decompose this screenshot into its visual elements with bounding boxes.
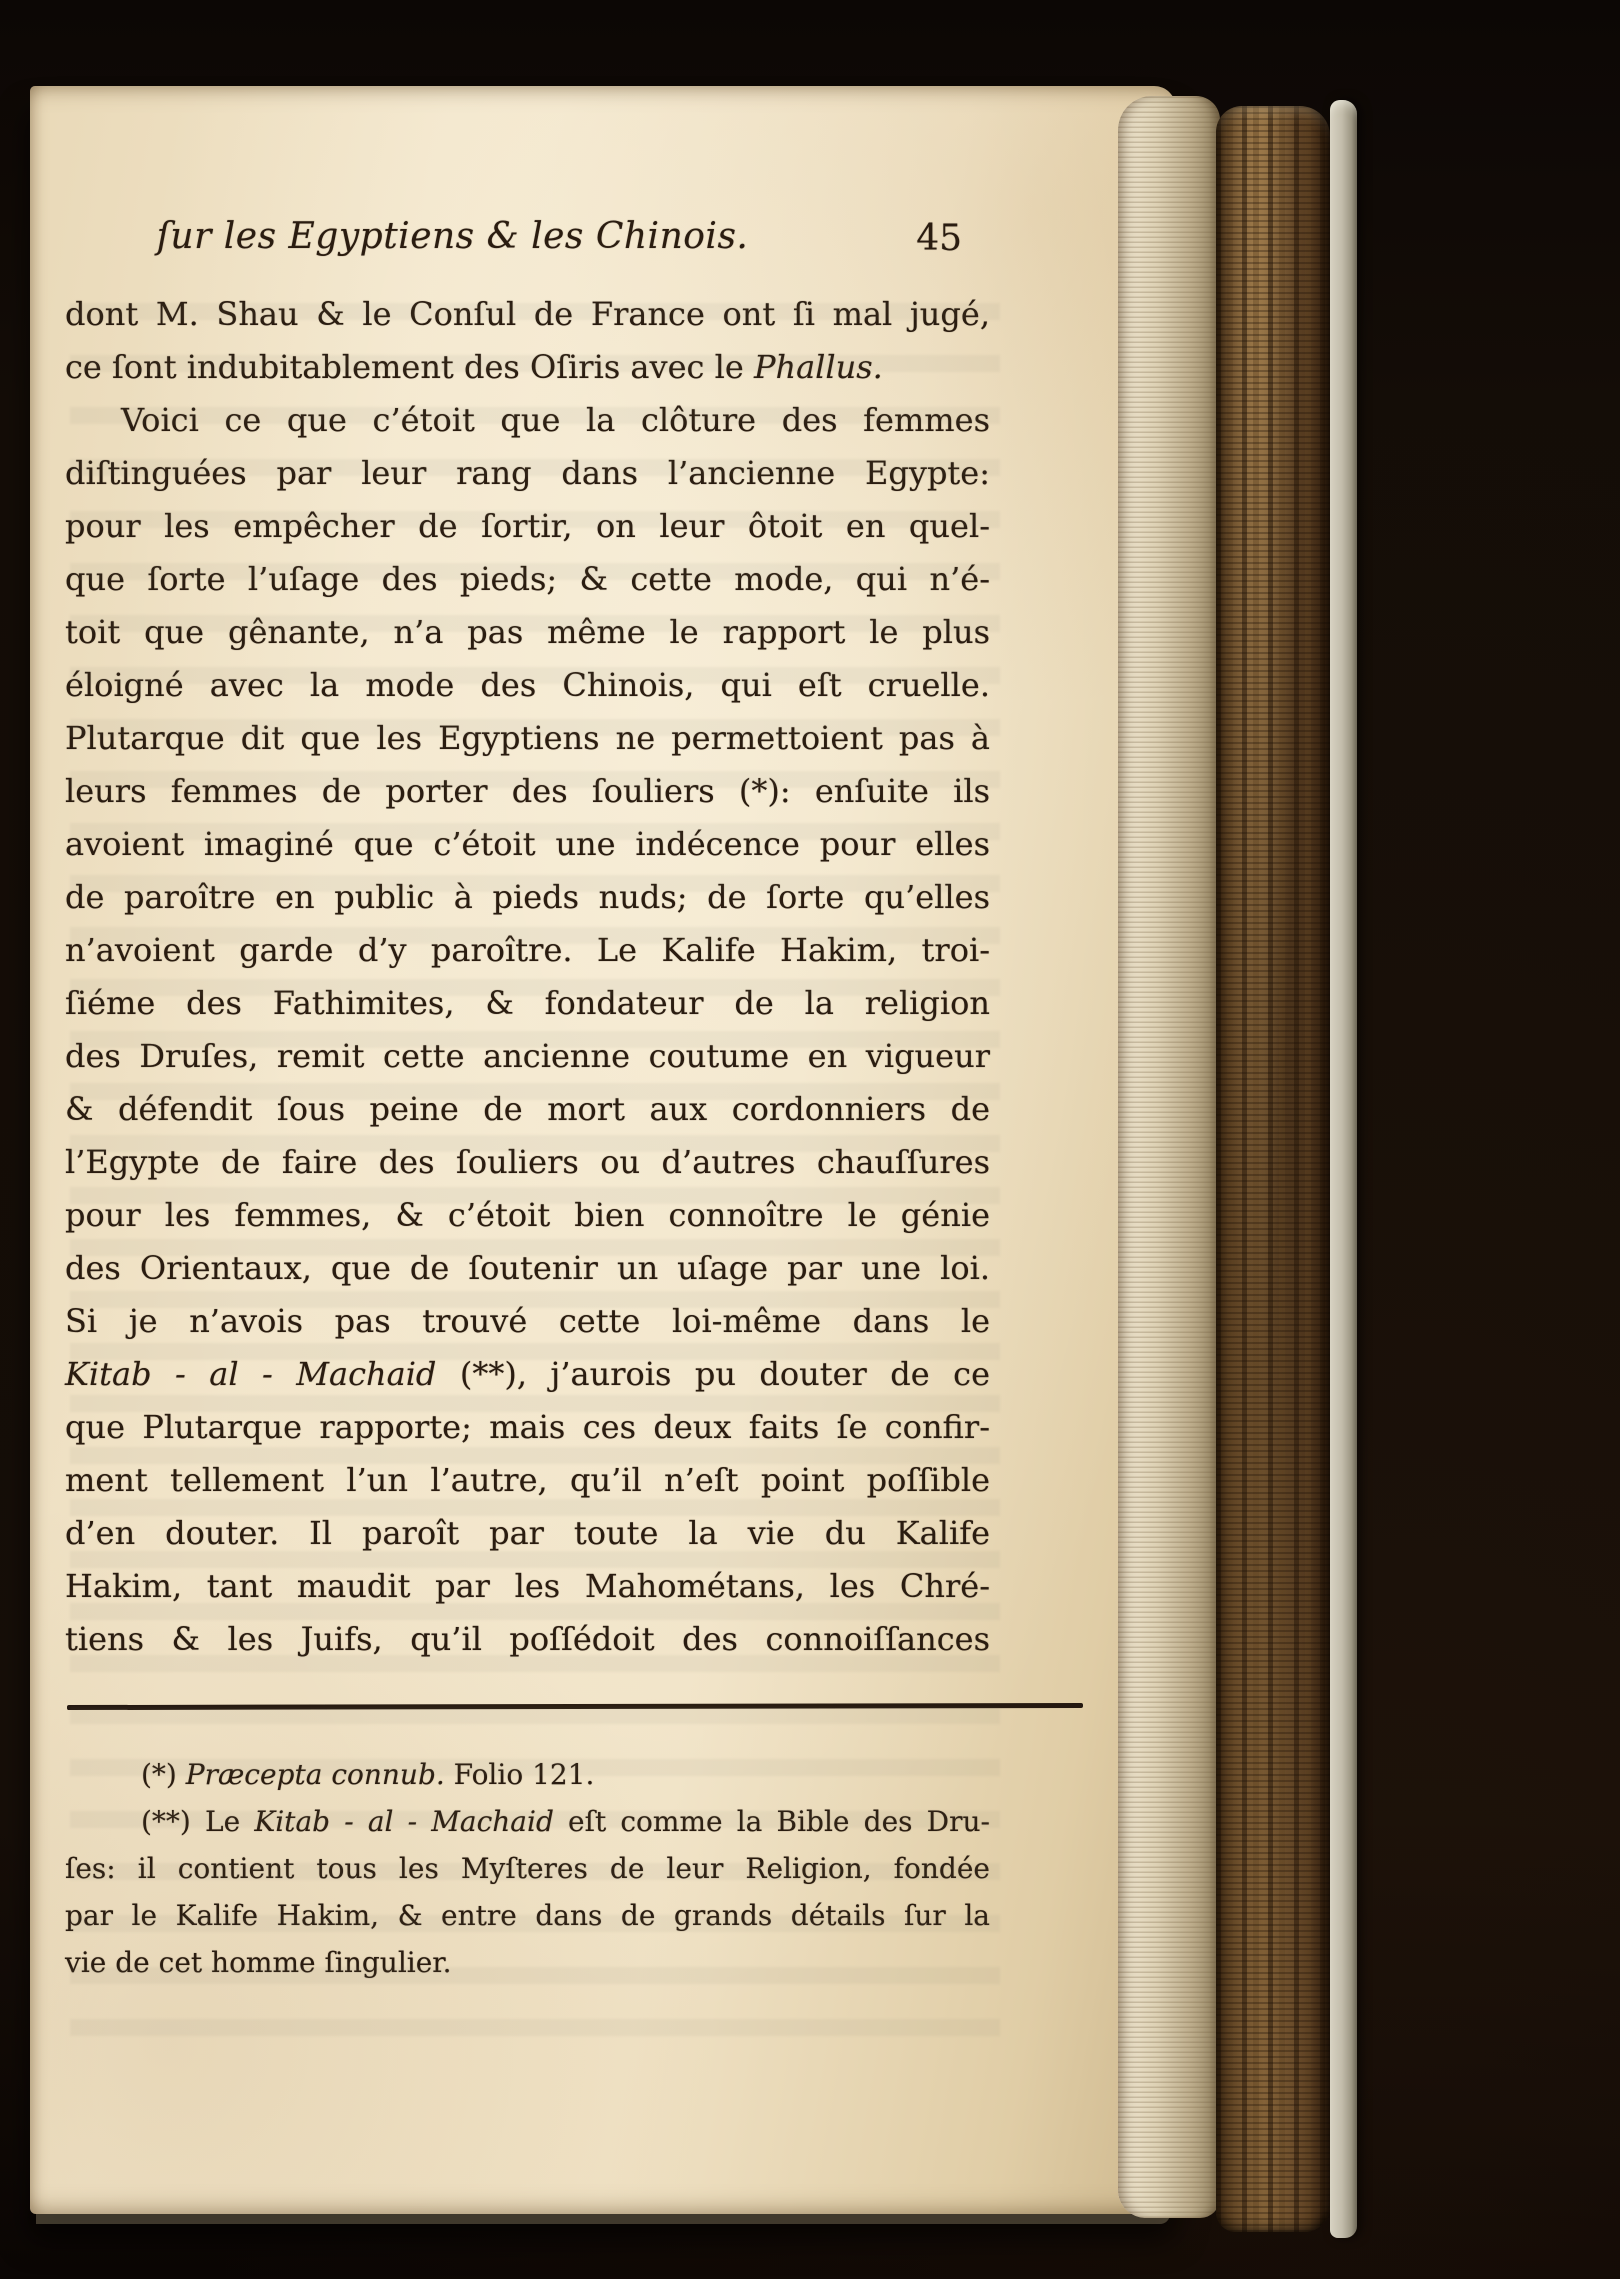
text-line: Si je n’avois pas trouvé cette loi-même … (65, 1295, 990, 1348)
stacked-page-edges (1118, 96, 1220, 2218)
page-header: ſur les Egyptiens & les Chinois. 45 (65, 214, 990, 260)
text-line: n’avoient garde d’y paroître. Le Kalife … (65, 924, 990, 977)
marbled-fore-edge (1216, 106, 1330, 2232)
footnote-line: (*) Præcepta connub. Folio 121. (65, 1751, 990, 1798)
text-line: que Plutarque rapporte; mais ces deux fa… (65, 1401, 990, 1454)
text-line: ce ſont indubitablement des Oſiris avec … (65, 341, 990, 394)
text-line: toit que gênante, n’a pas même le rappor… (65, 606, 990, 659)
text-line: ment tellement l’un l’autre, qu’il n’eſt… (65, 1454, 990, 1507)
text-line: que ſorte l’uſage des pieds; & cette mod… (65, 553, 990, 606)
photo-background: ſur les Egyptiens & les Chinois. 45 dont… (0, 0, 1620, 2279)
body-text: dont M. Shau & le Conſul de France ont ſ… (65, 288, 990, 1666)
running-title: ſur les Egyptiens & les Chinois. (65, 214, 990, 260)
footnotes: (*) Præcepta connub. Folio 121.(**) Le K… (65, 1751, 990, 1986)
text-line: dont M. Shau & le Conſul de France ont ſ… (65, 288, 990, 341)
text-line: Voici ce que c’étoit que la clôture des … (65, 394, 990, 447)
text-line: Kitab - al - Machaid (**), j’aurois pu d… (65, 1348, 990, 1401)
text-line: avoient imaginé que c’étoit une indécenc… (65, 818, 990, 871)
printed-text-area: ſur les Egyptiens & les Chinois. 45 dont… (65, 214, 990, 1986)
footnote-separator (67, 1703, 1083, 1710)
book-page: ſur les Egyptiens & les Chinois. 45 dont… (30, 86, 1176, 2214)
footnote-line: ſes: il contient tous les Myſteres de le… (65, 1845, 990, 1892)
text-line: pour les femmes, & c’étoit bien connoîtr… (65, 1189, 990, 1242)
page-number: 45 (916, 216, 962, 262)
text-line: ſiéme des Fathimites, & fondateur de la … (65, 977, 990, 1030)
footnote-line: (**) Le Kitab - al - Machaid eſt comme l… (65, 1798, 990, 1845)
text-line: Plutarque dit que les Egyptiens ne perme… (65, 712, 990, 765)
text-line: des Druſes, remit cette ancienne coutume… (65, 1030, 990, 1083)
text-line: éloigné avec la mode des Chinois, qui eſ… (65, 659, 990, 712)
text-line: pour les empêcher de ſortir, on leur ôto… (65, 500, 990, 553)
text-line: de paroître en public à pieds nuds; de ſ… (65, 871, 990, 924)
text-line: Hakim, tant maudit par les Mahométans, l… (65, 1560, 990, 1613)
vellum-cover-edge (1330, 100, 1357, 2238)
footnote-line: par le Kalife Hakim, & entre dans de gra… (65, 1892, 990, 1939)
text-line: diſtinguées par leur rang dans l’ancienn… (65, 447, 990, 500)
footnote-line: vie de cet homme ſingulier. (65, 1939, 990, 1986)
text-line: tiens & les Juifs, qu’il poſſédoit des c… (65, 1613, 990, 1666)
text-line: leurs femmes de porter des ſouliers (*):… (65, 765, 990, 818)
text-line: l’Egypte de faire des ſouliers ou d’autr… (65, 1136, 990, 1189)
text-line: des Orientaux, que de ſoutenir un uſage … (65, 1242, 990, 1295)
text-line: & défendit ſous peine de mort aux cordon… (65, 1083, 990, 1136)
text-line: d’en douter. Il paroît par toute la vie … (65, 1507, 990, 1560)
